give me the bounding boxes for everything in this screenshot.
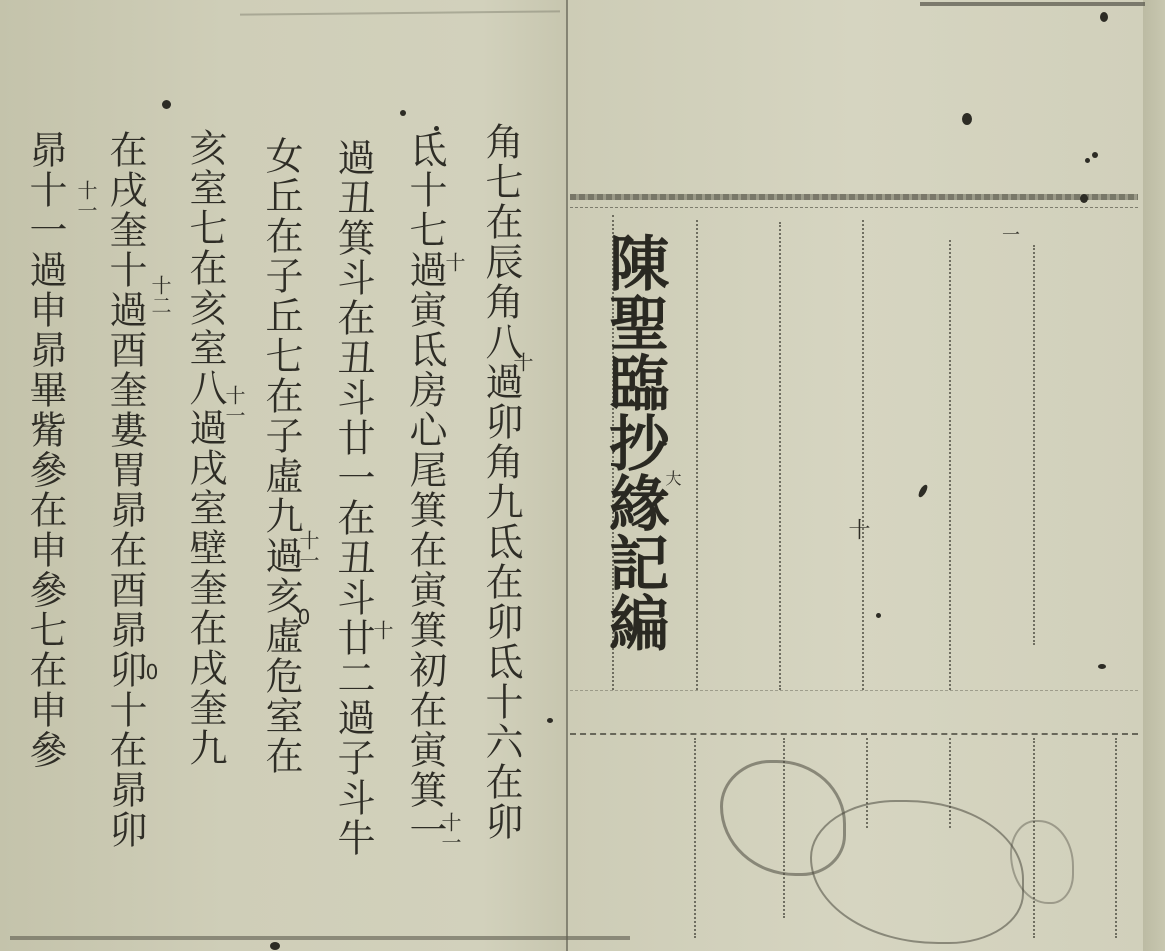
margin-mark: 十 (846, 518, 868, 540)
margin-mark: 一 (1000, 225, 1018, 243)
text-column-5: 亥室七在亥室八過戌室壁奎在戌奎九 (186, 128, 224, 768)
frame-top-border (570, 194, 1138, 200)
column-rule-lower (1115, 738, 1117, 938)
column-rule (1033, 245, 1035, 645)
text-column-1: 角七在辰角八過卯角九氐在卯氐十六在卯 (482, 122, 520, 842)
ink-spot (962, 113, 972, 125)
ink-spot (1100, 12, 1108, 22)
annotation-col2b: 十一 (440, 812, 460, 852)
annotation-col6b: 0 (142, 660, 162, 684)
column-rule (949, 240, 951, 690)
ink-spot (1085, 158, 1090, 163)
manuscript-title: 陳聖臨抄緣記編 (600, 232, 667, 652)
annotation-col2a: 十 (444, 252, 464, 272)
ink-spot (1080, 194, 1088, 203)
annotation-col4a: 十一 (298, 530, 318, 570)
text-column-4: 女丘在子丘七在子虛九過亥虛危室在 (262, 136, 300, 776)
annotation-col3: 十 (372, 620, 392, 640)
frame-top-rule (570, 207, 1138, 209)
ink-spot (547, 718, 553, 723)
frame-inner-rule (570, 690, 1138, 692)
ink-spot (400, 110, 406, 116)
column-rule-lower (694, 738, 696, 938)
annotation-col1: 十 (512, 352, 532, 372)
ink-spot (876, 613, 881, 618)
text-column-7: 昴十一過申昴畢觜參在申參七在申參 (26, 130, 64, 770)
text-column-2: 氐十七過寅氐房心尾箕在寅箕初在寅箕一 (406, 130, 444, 850)
text-column-6: 在戌奎十過酉奎婁胃昴在酉昴卯十在昴卯 (106, 130, 144, 850)
ink-spot (1098, 664, 1106, 669)
annotation-col4b: 0 (294, 605, 314, 629)
ink-spot (434, 126, 439, 131)
ink-spot (1092, 152, 1098, 158)
page-bottom-edge (10, 936, 630, 940)
column-rule (862, 220, 864, 690)
title-annotation: 大 (664, 470, 680, 486)
ink-spot (162, 100, 171, 109)
manuscript-spread: 角七在辰角八過卯角九氐在卯氐十六在卯 十 氐十七過寅氐房心尾箕在寅箕初在寅箕一 … (0, 0, 1165, 951)
ink-spot (270, 942, 280, 950)
text-column-3: 過丑箕斗在丑斗廿一在丑斗廿二過子斗牛 (334, 138, 372, 858)
annotation-col6a: 十二 (150, 275, 170, 315)
book-gutter (566, 0, 568, 951)
column-rule (696, 220, 698, 690)
frame-middle-rule (570, 733, 1138, 736)
annotation-col7: 十一 (76, 180, 96, 220)
annotation-col5: 十一 (224, 385, 244, 425)
column-rule (779, 222, 781, 690)
page-top-edge (920, 2, 1145, 6)
page-edge (1143, 0, 1165, 951)
